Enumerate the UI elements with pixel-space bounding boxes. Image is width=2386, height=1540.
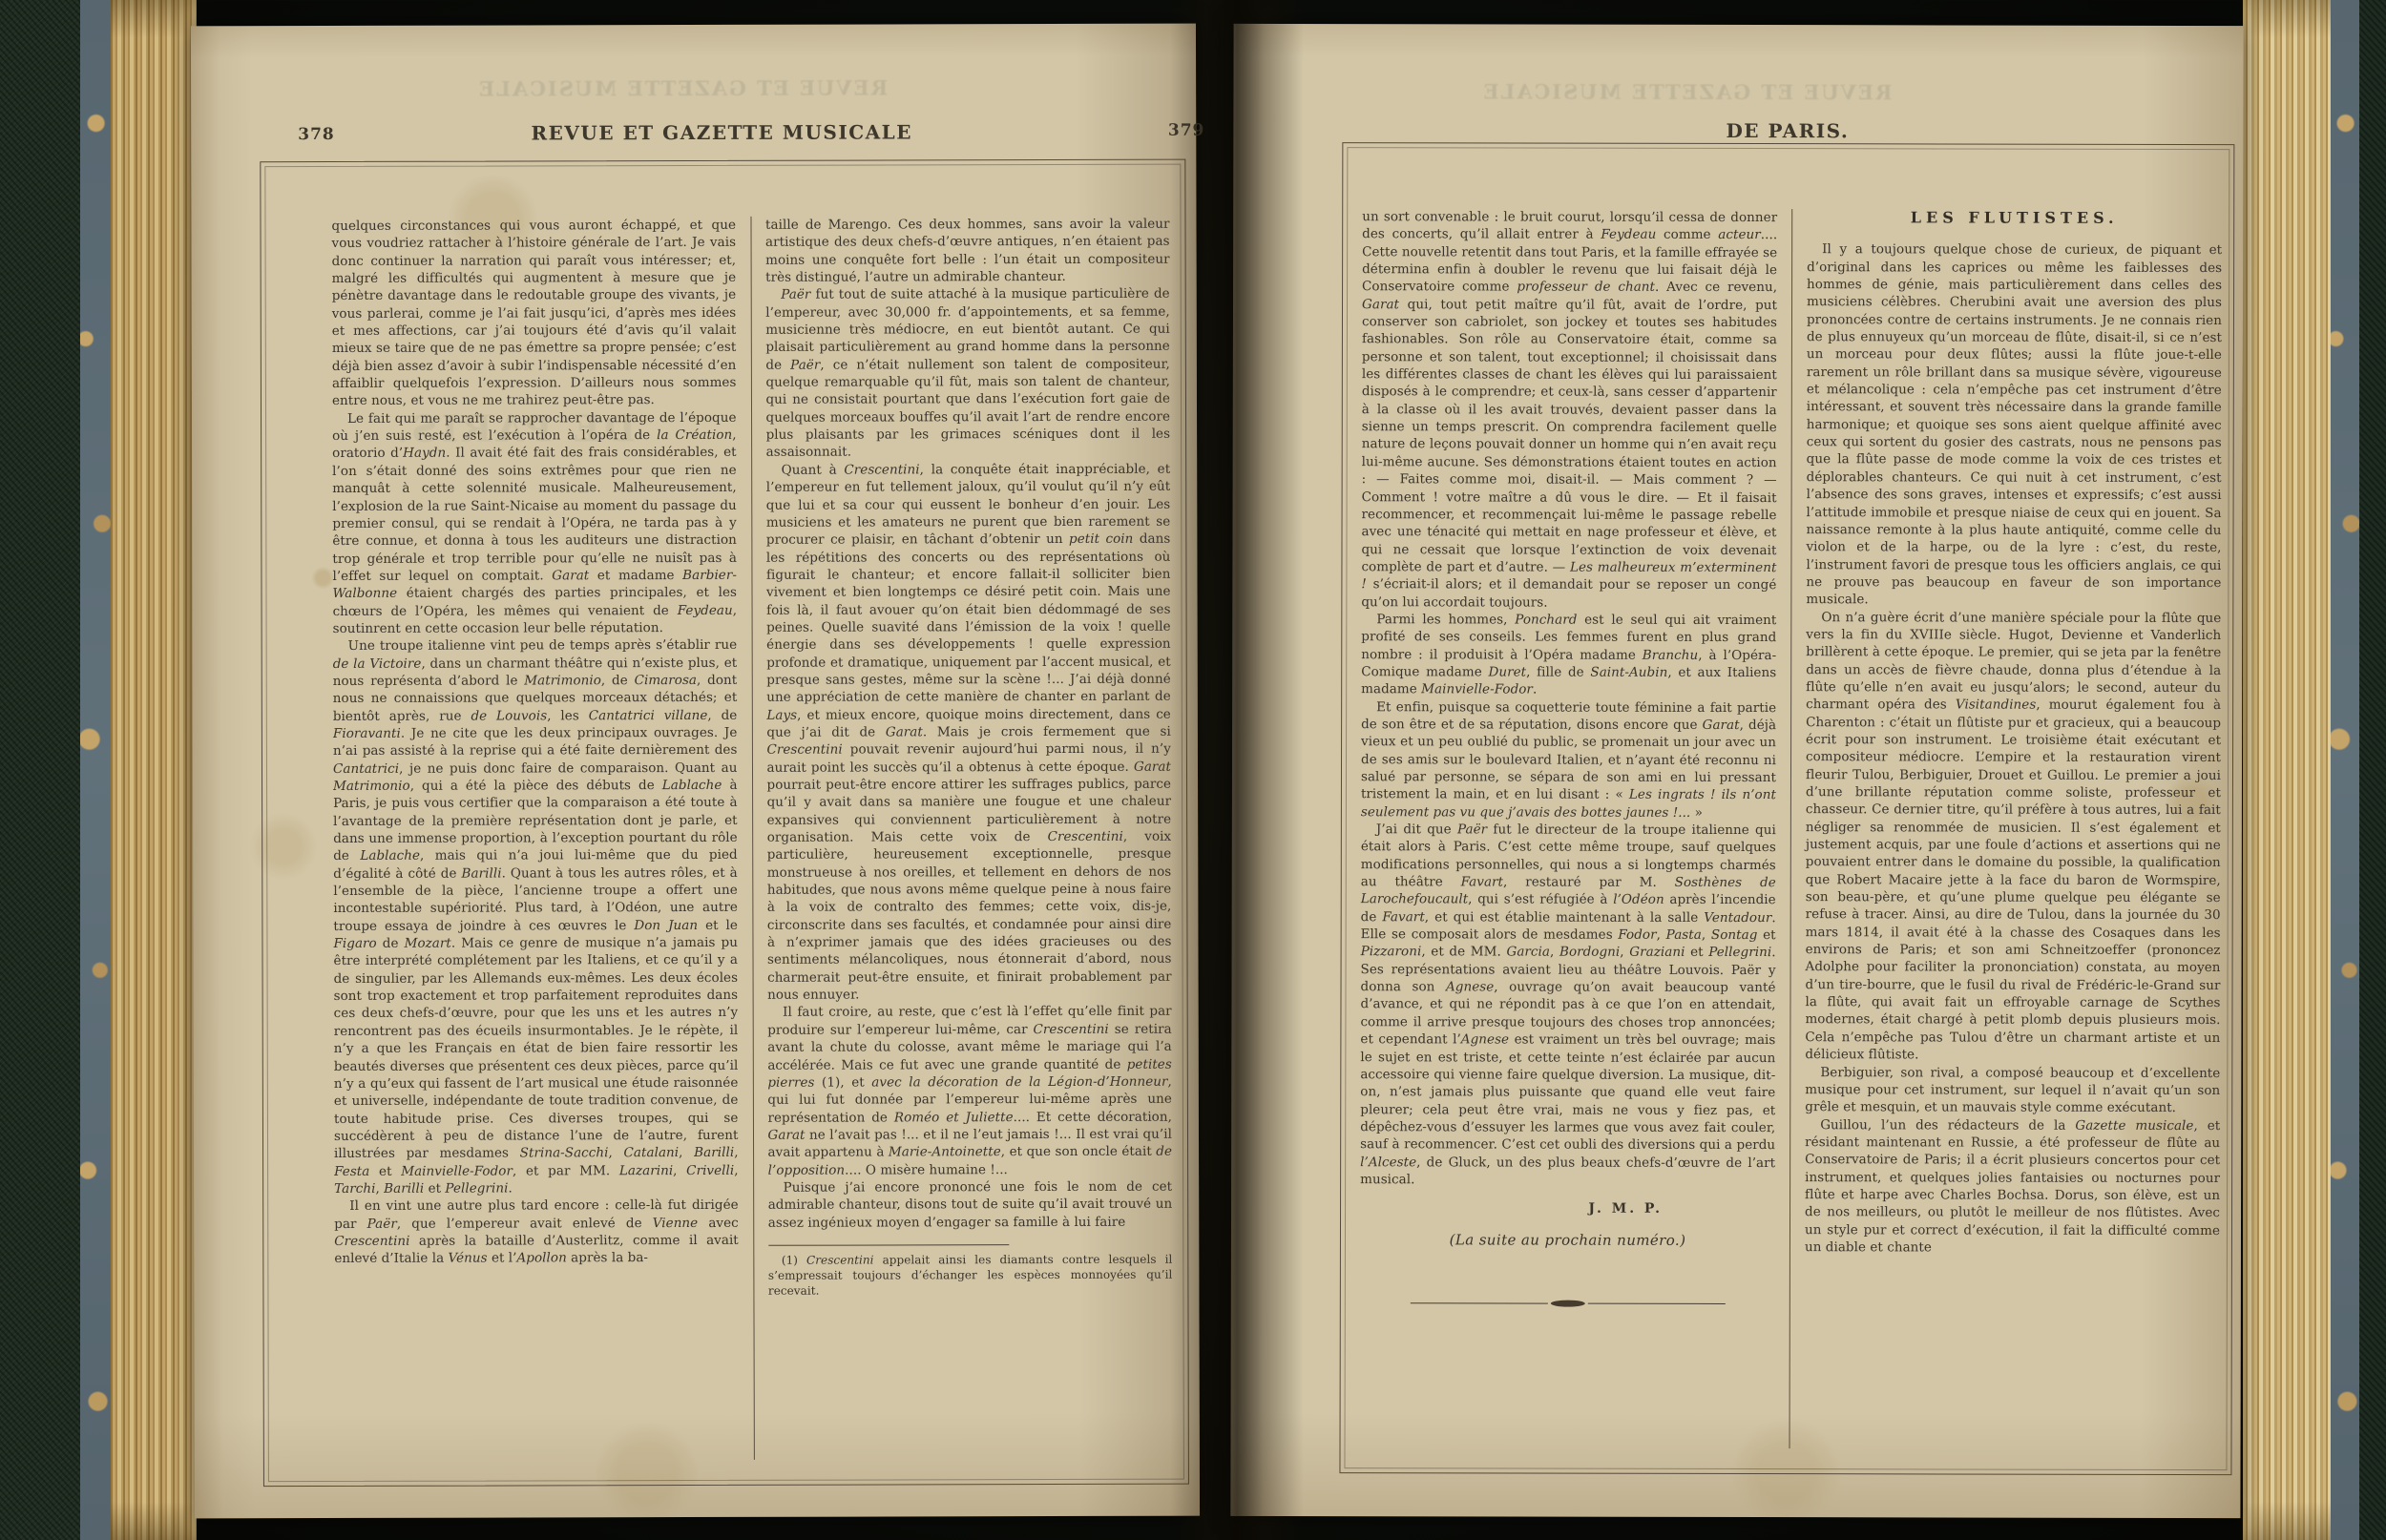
book-cover-left-edge: [0, 0, 80, 1540]
paragraph: Quant à Crescentini, la conquête était i…: [766, 461, 1172, 1005]
paragraph: Il faut croire, au reste, que c’est là l…: [767, 1003, 1172, 1179]
printed-page-border: un sort convenable : le bruit courut, lo…: [1339, 142, 2234, 1475]
text-columns: quelques circonstances qui vous auront é…: [261, 160, 1188, 1487]
continuation-note: (La suite au prochain numéro.): [1360, 1231, 1775, 1249]
section-divider-ornament: [1410, 1300, 1725, 1307]
show-through-ghost-text: REVUE ET GAZETTE MUSICALE: [477, 75, 888, 100]
paragraph: Le fait qui me paraît se rapprocher dava…: [332, 409, 737, 638]
footnote-separator-rule: [768, 1244, 1009, 1246]
left-page-column-2: taille de Marengo. Ces deux hommes, sans…: [750, 216, 1173, 1460]
paragraph: Il y a toujours quelque chose de curieux…: [1806, 240, 2222, 609]
running-title: REVUE ET GAZETTE MUSICALE: [260, 120, 1183, 146]
marbled-board-left: [80, 0, 111, 1540]
right-page-column-2: LES FLUTISTES. Il y a toujours quelque c…: [1789, 209, 2223, 1449]
paragraph: Et enfin, puisque sa coquetterie toute f…: [1361, 698, 1776, 822]
footnote: (1) Crescentini appelait ainsi les diama…: [768, 1253, 1173, 1299]
right-page-column-1: un sort convenable : le bruit courut, lo…: [1360, 208, 1778, 1448]
printed-page-border: quelques circonstances qui vous auront é…: [260, 159, 1189, 1488]
column-2-paragraphs: taille de Marengo. Ces deux hommes, sans…: [765, 216, 1172, 1232]
page-stack-right-edge: [2243, 0, 2331, 1540]
page-stack-left-edge: [111, 0, 197, 1540]
book-cover-right-edge: [2359, 0, 2386, 1540]
article-heading: LES FLUTISTES.: [1807, 209, 2222, 227]
paragraph: J’ai dit que Paër fut le directeur de la…: [1360, 821, 1776, 1189]
show-through-ghost-text: REVUE ET GAZETTE MUSICALE: [1481, 79, 1892, 104]
book-scan-scene: REVUE ET GAZETTE MUSICALE DE PARIS. 378 …: [0, 0, 2386, 1540]
marbled-board-right: [2331, 0, 2359, 1540]
left-page: REVUE ET GAZETTE MUSICALE DE PARIS. 378 …: [191, 24, 1200, 1519]
paragraph: Puisque j’ai encore prononcé une fois le…: [768, 1178, 1173, 1232]
column-2-paragraphs: Il y a toujours quelque chose de curieux…: [1805, 240, 2222, 1257]
right-page: REVUE ET GAZETTE MUSICALE DE PARIS. 379 …: [1230, 24, 2243, 1518]
left-page-column-1: quelques circonstances qui vous auront é…: [331, 217, 739, 1461]
text-columns: un sort convenable : le bruit courut, lo…: [1340, 143, 2233, 1474]
column-1-paragraphs: un sort convenable : le bruit courut, lo…: [1360, 208, 1777, 1189]
paragraph: Parmi les hommes, Ponchard est le seul q…: [1361, 611, 1776, 699]
paragraph: Une troupe italienne vint peu de temps a…: [333, 636, 739, 1197]
paragraph: Guillou, l’un des rédacteurs de la Gazet…: [1805, 1116, 2220, 1258]
paragraph: quelques circonstances qui vous auront é…: [331, 217, 736, 410]
author-signature: J. M. P.: [1360, 1199, 1775, 1217]
paragraph: un sort convenable : le bruit courut, lo…: [1361, 208, 1777, 612]
paragraph: taille de Marengo. Ces deux hommes, sans…: [765, 216, 1170, 286]
paragraph: Paër fut tout de suite attaché à la musi…: [765, 285, 1170, 462]
paragraph: Il en vint une autre plus tard encore : …: [334, 1197, 739, 1267]
running-title: DE PARIS.: [1342, 118, 2232, 143]
page-number: 379: [1168, 121, 1205, 140]
paragraph: Berbiguier, son rival, a composé beaucou…: [1805, 1064, 2220, 1117]
paragraph: On n’a guère écrit d’une manière spécial…: [1805, 609, 2221, 1065]
divider-lens-icon: [1550, 1301, 1584, 1307]
